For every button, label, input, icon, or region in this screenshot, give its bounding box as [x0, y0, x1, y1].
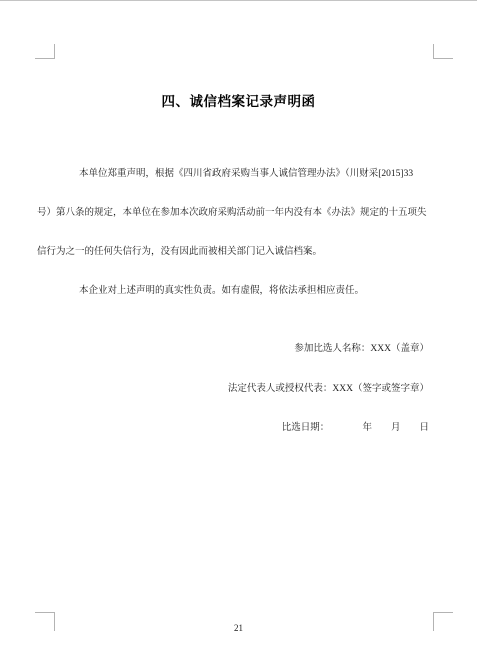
responsibility-statement-line: 本企业对上述声明的真实性负责。如有虚假，将依法承担相应责任。 — [79, 285, 364, 297]
page-top-edge-line — [0, 0, 477, 1]
page-number: 21 — [0, 623, 477, 634]
declaration-line-1: 本单位郑重声明，根据《四川省政府采购当事人诚信管理办法》（川财采[2015]33 — [79, 168, 413, 180]
declaration-line-3: 信行为之一的任何失信行为，没有因此而被相关部门记入诚信档案。 — [37, 246, 322, 258]
selection-date-line: 比选日期： 年 月 日 — [282, 422, 429, 434]
document-title: 四、诚信档案记录声明函 — [0, 92, 477, 112]
legal-representative-line: 法定代表人或授权代表：XXX（签字或签字章） — [228, 383, 429, 395]
document-page: 四、诚信档案记录声明函 本单位郑重声明，根据《四川省政府采购当事人诚信管理办法》… — [0, 0, 477, 665]
text-boundary-mark-top-right — [433, 44, 453, 59]
declaration-line-2: 号）第八条的规定，本单位在参加本次政府采购活动前一年内没有本《办法》规定的十五项… — [37, 207, 427, 219]
text-boundary-mark-top-left — [35, 44, 55, 59]
bidder-name-line: 参加比选人名称：XXX（盖章） — [294, 343, 429, 355]
